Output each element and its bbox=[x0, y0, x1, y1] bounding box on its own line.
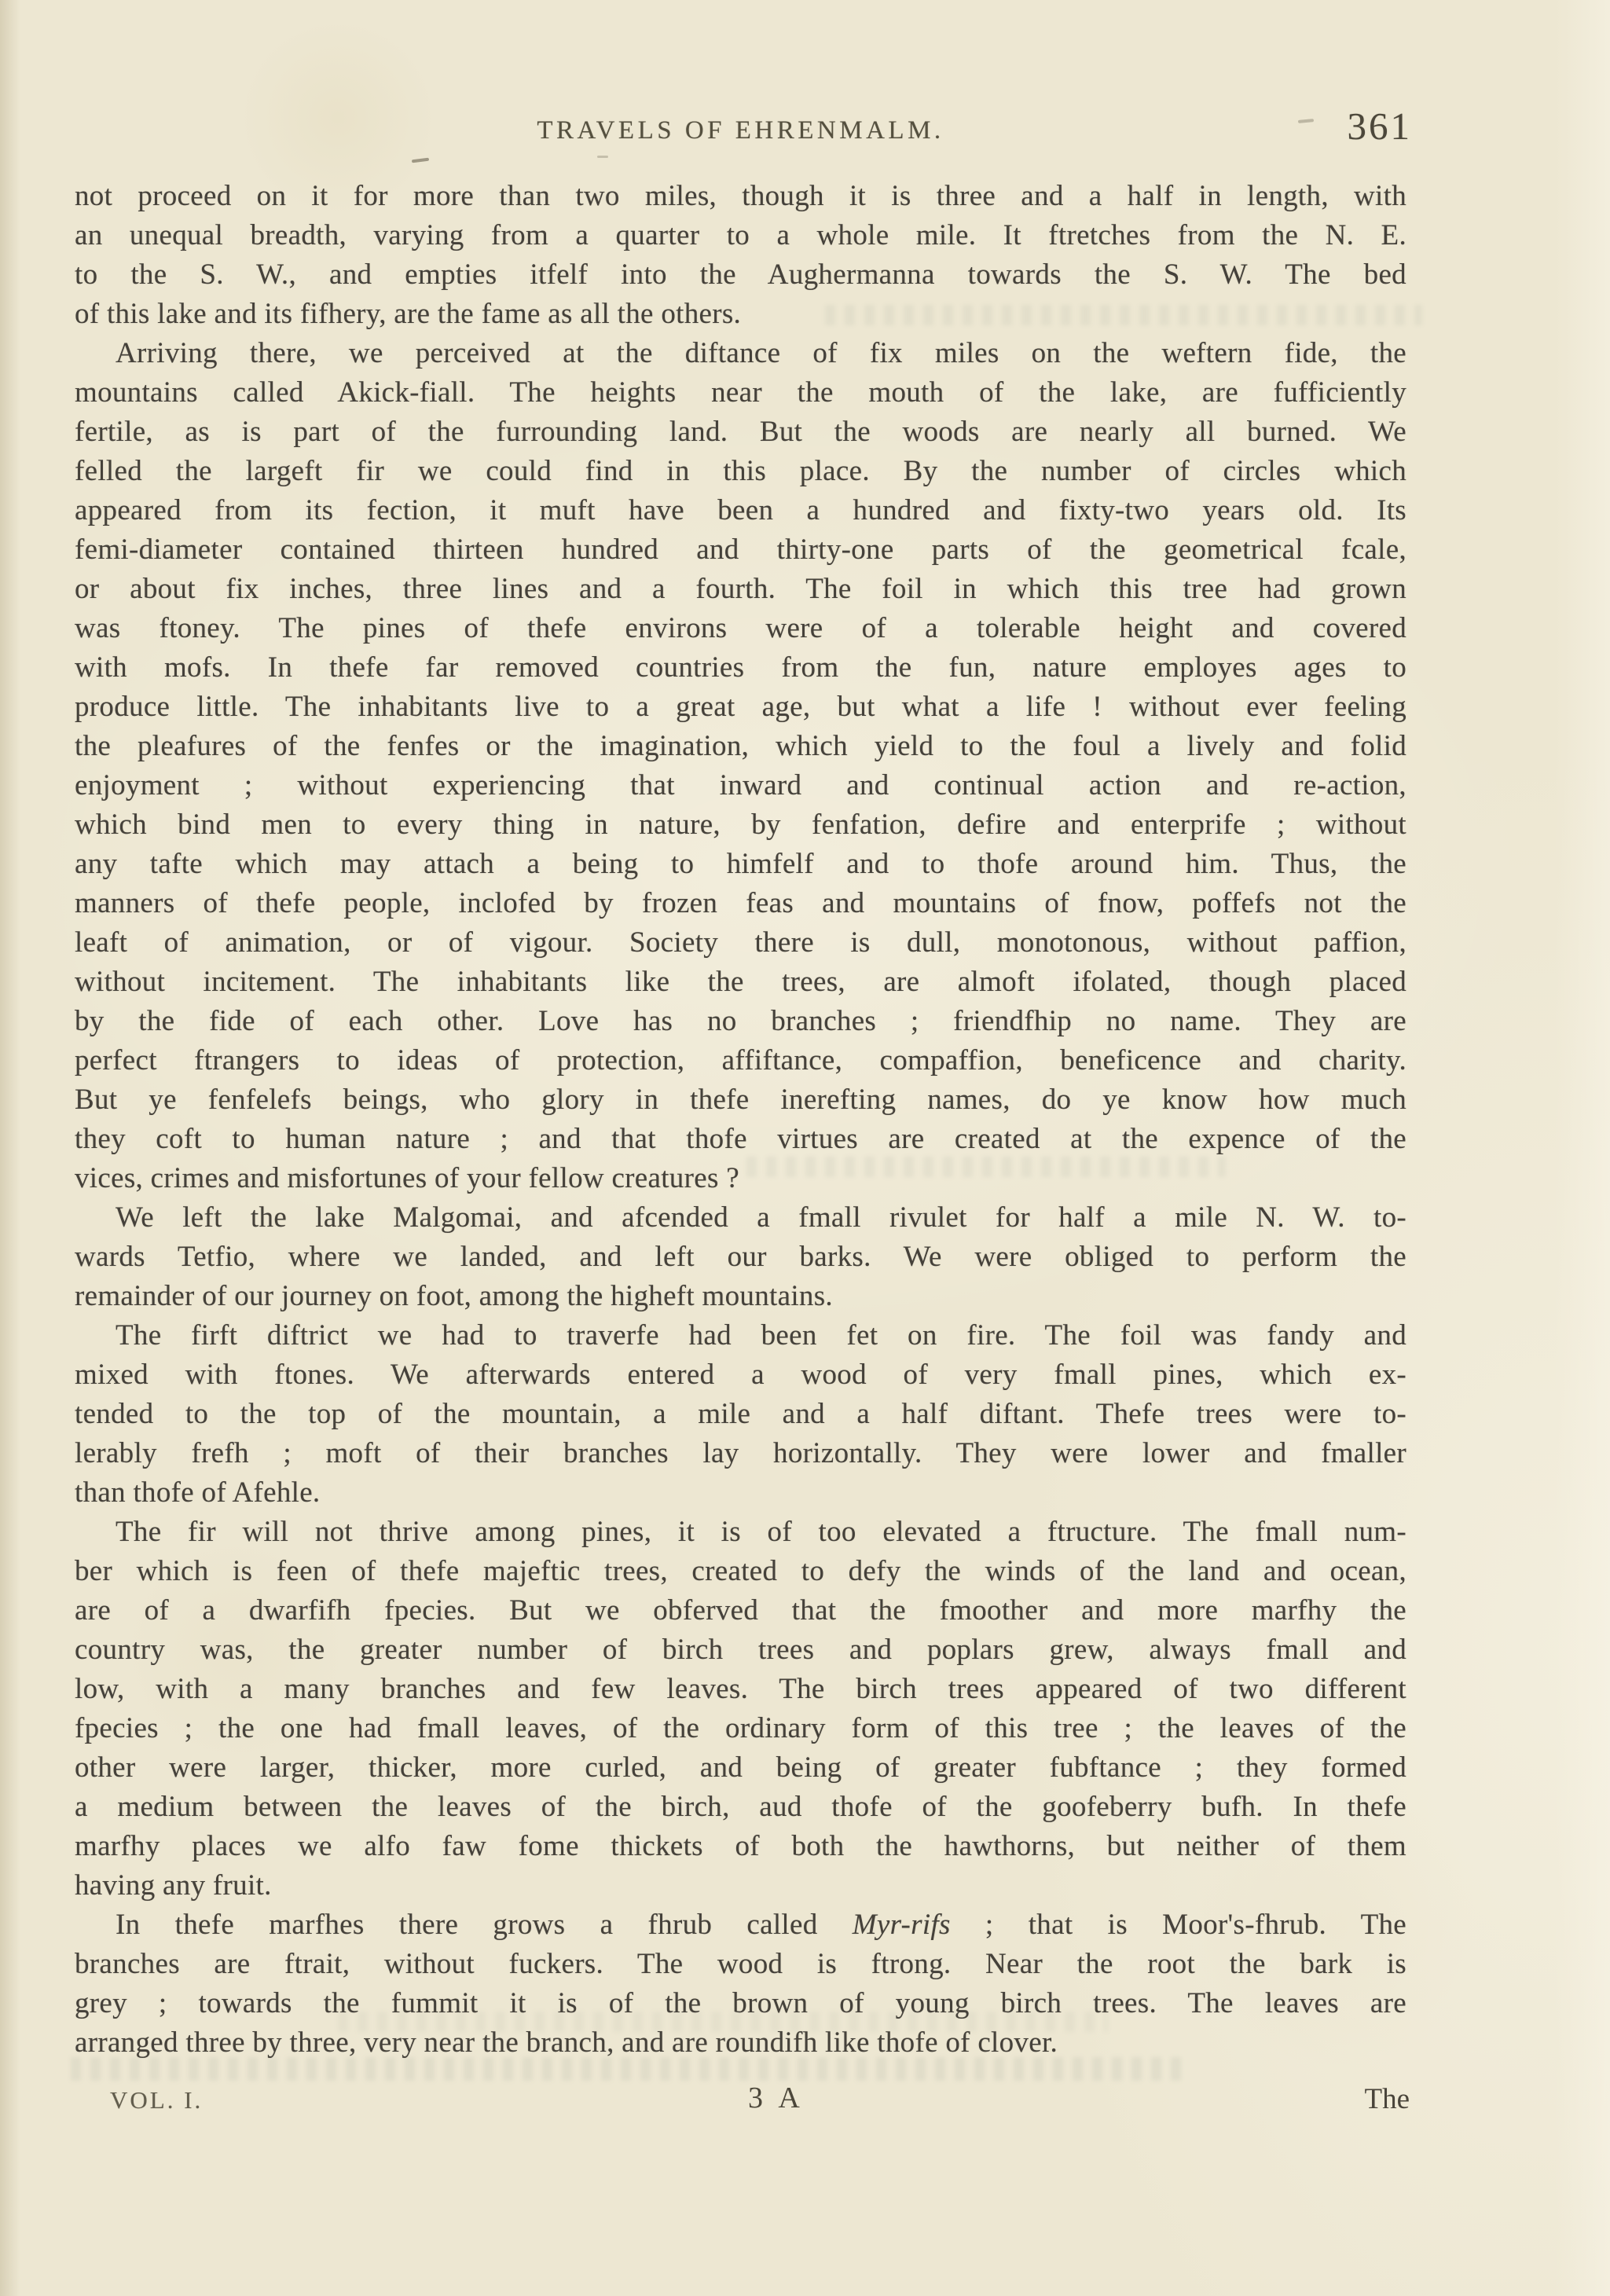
text-line: The fir will not thrive among pines, it … bbox=[75, 1513, 1406, 1552]
text-line: grey ; towards the fummit it is of the b… bbox=[75, 1984, 1406, 2023]
text-line: without incitement. The inhabitants like… bbox=[75, 963, 1406, 1002]
text-line: with mofs. In thefe far removed countrie… bbox=[75, 648, 1406, 688]
text-line: ber which is feen of thefe majeftic tree… bbox=[75, 1552, 1406, 1591]
text-line: tended to the top of the mountain, a mil… bbox=[75, 1395, 1406, 1434]
text-line: having any fruit. bbox=[75, 1866, 1406, 1905]
text-body: not proceed on it for more than two mile… bbox=[75, 177, 1406, 2063]
text-line: enjoyment ; without experiencing that in… bbox=[75, 766, 1406, 805]
text-line: wards Tetfio, where we landed, and left … bbox=[75, 1238, 1406, 1277]
text-line: which bind men to every thing in nature,… bbox=[75, 805, 1406, 845]
text-line: a medium between the leaves of the birch… bbox=[75, 1788, 1406, 1827]
text-line: manners of thefe people, inclofed by fro… bbox=[75, 884, 1406, 923]
text-line: arranged three by three, very near the b… bbox=[75, 2023, 1406, 2063]
text-line: remainder of our journey on foot, among … bbox=[75, 1277, 1406, 1316]
text-line: the pleafures of the fenfes or the imagi… bbox=[75, 727, 1406, 766]
text-line: In thefe marfhes there grows a fhrub cal… bbox=[75, 1905, 1406, 1945]
text-line: an unequal breadth, varying from a quart… bbox=[75, 216, 1406, 255]
text-line: marfhy places we alfo faw fome thickets … bbox=[75, 1827, 1406, 1866]
text-line: felled the largeft fir we could find in … bbox=[75, 452, 1406, 491]
text-line: low, with a many branches and few leaves… bbox=[75, 1670, 1406, 1709]
text-line: appeared from its fection, it muft have … bbox=[75, 491, 1406, 530]
text-line: by the fide of each other. Love has no b… bbox=[75, 1002, 1406, 1041]
ink-speck bbox=[412, 158, 429, 163]
text-line: But ye fenfelefs beings, who glory in th… bbox=[75, 1080, 1406, 1120]
page-number: 361 bbox=[1348, 104, 1413, 149]
text-line: femi-diameter contained thirteen hundred… bbox=[75, 530, 1406, 570]
italic-term: Myr-rifs bbox=[853, 1909, 951, 1941]
text-line: than thofe of Afehle. bbox=[75, 1473, 1406, 1513]
text-line: country was, the greater number of birch… bbox=[75, 1630, 1406, 1670]
text-line: mountains called Akick-fiall. The height… bbox=[75, 373, 1406, 413]
text-line: any tafte which may attach a being to hi… bbox=[75, 845, 1406, 884]
text-line: or about fix inches, three lines and a f… bbox=[75, 570, 1406, 609]
text-line: other were larger, thicker, more curled,… bbox=[75, 1748, 1406, 1788]
signature-mark: 3 A bbox=[748, 2081, 805, 2115]
text-segment: ; that is Moor's-fhrub. The bbox=[951, 1909, 1406, 1941]
text-line: leaft of animation, or of vigour. Societ… bbox=[75, 923, 1406, 963]
text-line: lerably frefh ; moft of their branches l… bbox=[75, 1434, 1406, 1473]
ink-speck bbox=[597, 156, 608, 158]
text-line: vices, crimes and misfortunes of your fe… bbox=[75, 1159, 1406, 1198]
volume-label: VOL. I. bbox=[110, 2086, 203, 2114]
text-line: produce little. The inhabitants live to … bbox=[75, 688, 1406, 727]
text-line: The firft diftrict we had to traverfe ha… bbox=[75, 1316, 1406, 1355]
text-line: perfect ftrangers to ideas of protection… bbox=[75, 1041, 1406, 1080]
text-line: of this lake and its fifhery, are the fa… bbox=[75, 295, 1406, 334]
running-head-title: TRAVELS OF EHRENMALM. bbox=[75, 116, 1406, 145]
text-line: fpecies ; the one had fmall leaves, of t… bbox=[75, 1709, 1406, 1748]
text-line: are of a dwarfifh fpecies. But we obferv… bbox=[75, 1591, 1406, 1630]
text-line: to the S. W., and empties itfelf into th… bbox=[75, 255, 1406, 295]
text-line: they coft to human nature ; and that tho… bbox=[75, 1120, 1406, 1159]
text-line: Arriving there, we perceived at the dift… bbox=[75, 334, 1406, 373]
text-line: was ftoney. The pines of thefe environs … bbox=[75, 609, 1406, 648]
text-line: branches are ftrait, without fuckers. Th… bbox=[75, 1945, 1406, 1984]
text-line: fertile, as is part of the furrounding l… bbox=[75, 413, 1406, 452]
text-segment: In thefe marfhes there grows a fhrub cal… bbox=[116, 1909, 853, 1941]
catchword: The bbox=[1364, 2082, 1410, 2116]
text-line: We left the lake Malgomai, and afcended … bbox=[75, 1198, 1406, 1238]
scanned-book-page: TRAVELS OF EHRENMALM. 361 not proceed on… bbox=[0, 0, 1610, 2296]
text-line: not proceed on it for more than two mile… bbox=[75, 177, 1406, 216]
text-line: mixed with ftones. We afterwards entered… bbox=[75, 1355, 1406, 1395]
